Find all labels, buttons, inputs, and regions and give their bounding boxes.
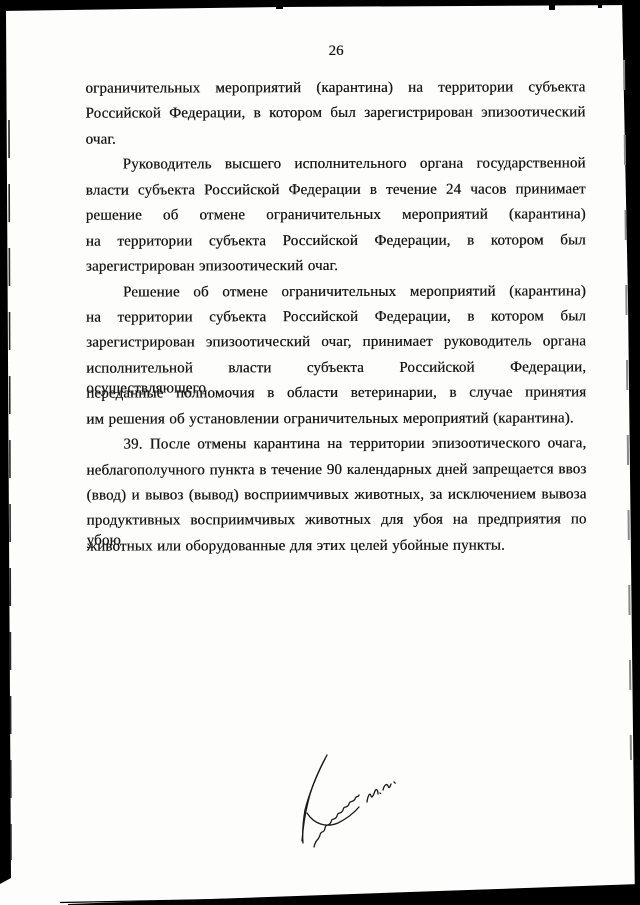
text-line: (ввод) и вывоз (вывод) восприимчивых жив… <box>86 484 586 511</box>
document-text: ограничительных мероприятий (карантина) … <box>85 77 586 562</box>
text-line: Решение об отмене ограничительных меропр… <box>86 281 586 308</box>
text-line: им решения об установлении ограничительн… <box>86 408 586 435</box>
text-line: решение об отмене ограничительных меропр… <box>86 205 586 232</box>
text-line: на территории субъекта Российской Федера… <box>86 230 586 257</box>
text-line: Российской Федерации, в котором был заре… <box>85 103 585 130</box>
text-line: зарегистрирован эпизоотический очаг, при… <box>86 332 586 359</box>
text-line: животных или оборудованные для этих целе… <box>87 535 587 562</box>
paragraph: Руководитель высшего исполнительного орг… <box>86 154 586 282</box>
text-line: очаг. <box>86 128 586 155</box>
text-line: зарегистрирован эпизоотический очаг. <box>86 255 586 282</box>
paragraph: 39. После отмены карантина на территории… <box>86 433 586 561</box>
handwritten-signature <box>290 750 400 860</box>
text-line: продуктивных восприимчивых животных для … <box>87 510 587 537</box>
text-line: власти субъекта Российской Федерации в т… <box>86 179 586 206</box>
paragraph: Решение об отмене ограничительных меропр… <box>86 281 586 435</box>
page-number: 26 <box>86 43 586 60</box>
text-line: 39. После отмены карантина на территории… <box>86 433 586 460</box>
text-line: на территории субъекта Российской Федера… <box>86 306 586 333</box>
paragraph: ограничительных мероприятий (карантина) … <box>85 77 585 155</box>
text-line: переданные полномочия в области ветерина… <box>86 383 586 410</box>
scanned-document-page: 26 ограничительных мероприятий (карантин… <box>0 0 640 905</box>
text-line: исполнительной власти субъекта Российско… <box>86 357 586 384</box>
text-line: ограничительных мероприятий (карантина) … <box>85 77 585 104</box>
text-line: Руководитель высшего исполнительного орг… <box>86 154 586 181</box>
text-line: неблагополучного пункта в течение 90 кал… <box>86 459 586 486</box>
